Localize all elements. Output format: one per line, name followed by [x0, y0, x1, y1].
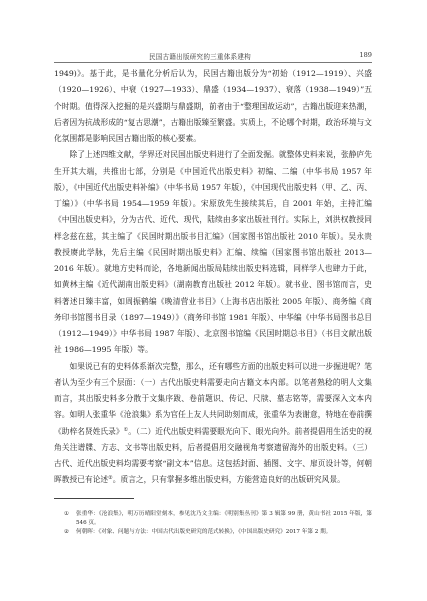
body-text: 1949)》。基于此，是书量化分析后认为，民国古籍出版分为“初始（1912—19…	[54, 66, 372, 489]
paragraph-3-part-3: 。质言之，只有掌握多维出版史料，方能营造良好的出版研究风景。	[113, 475, 345, 484]
header-rule	[54, 62, 372, 63]
running-title: 民国古籍出版研究的三重体系建构	[149, 51, 251, 61]
footnote-2: ② 何朝晖：《对象、问题与方法：中国古代出版史研究的范式转换》，《中国出版史研究…	[64, 528, 372, 537]
footnotes: ① 张重华：《沧浪集》，明万历晴阳堂刻本，参见沈乃文主编：《明别集丛刊》第 3 …	[64, 510, 372, 538]
running-header: 民国古籍出版研究的三重体系建构 189	[54, 49, 372, 63]
footnote-text: 何朝晖：《对象、问题与方法：中国古代出版史研究的范式转换》，《中国出版史研究》2…	[76, 528, 372, 537]
paragraph-2: 除了上述四维文献，学界还对民国出版史料进行了全面发掘。就整体史料来说，张静庐先生…	[54, 147, 372, 358]
footnote-text: 张重华：《沧浪集》，明万历晴阳堂刻本，参见沈乃文主编：《明别集丛刊》第 3 辑第…	[76, 510, 372, 528]
footnote-1: ① 张重华：《沧浪集》，明万历晴阳堂刻本，参见沈乃文主编：《明别集丛刊》第 3 …	[64, 510, 372, 528]
page-number: 189	[359, 51, 372, 59]
footnote-divider	[54, 498, 134, 499]
paragraph-1: 1949)》。基于此，是书量化分析后认为，民国古籍出版分为“初始（1912—19…	[54, 66, 372, 147]
paragraph-3-part-1: 如果说已有的史料体系渐次完整，那么，还有哪些方面的出版史料可以进一步掘进呢？笔者…	[54, 362, 372, 436]
footnote-mark: ②	[64, 528, 76, 537]
paragraph-3: 如果说已有的史料体系渐次完整，那么，还有哪些方面的出版史料可以进一步掘进呢？笔者…	[54, 359, 372, 489]
footnote-mark: ①	[64, 510, 76, 528]
